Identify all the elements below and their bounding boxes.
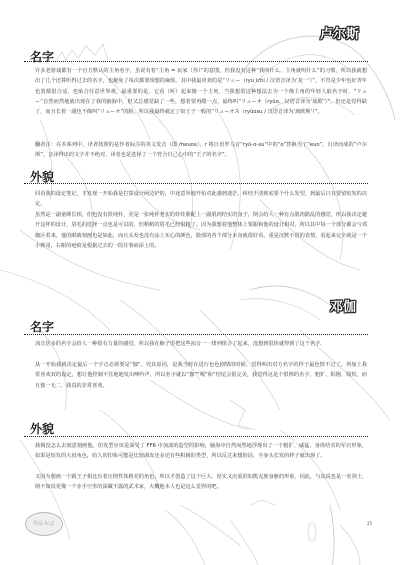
paragraph-name-body: 许多老游戏都有一个官方默认的主角名字，虽说有着“主角 = 玩家（你）”的意图，但…: [35, 66, 367, 117]
character-name-title: 邓伽: [330, 296, 356, 315]
paragraph-appearance-intro: 回看我的设定笔记，才发现一开始我是打算设计两边铲的，中途意外地开始对此感到迷茫，…: [35, 189, 367, 210]
section-heading-appearance: 外貌: [30, 420, 54, 437]
dotted-divider: [24, 334, 368, 335]
section-heading-name: 名字: [30, 48, 54, 65]
paragraph-appearance-body: 虽然是一副童颜长相，但也没有很纯朴，更是一张纯朴老实的娃娃脸配上一副肌肉结实的身…: [35, 210, 367, 251]
paragraph-appearance-body: 又因为想画一个跟王子相比有着压倒性体格差的角色，所以才创造了这个巨大、厚实又沉重…: [35, 472, 367, 493]
publisher-logo: 作品 标志: [25, 512, 63, 536]
dotted-divider: [24, 61, 368, 62]
paragraph-translator-note: 翻者注：在本系列中，译者按照的是作者标注的英文发音（即 rheuos），r 将日…: [35, 140, 367, 161]
section-heading-name: 名字: [30, 318, 54, 335]
dotted-divider: [24, 183, 368, 184]
dotted-divider: [24, 436, 368, 437]
paragraph-appearance-intro: 我倒没怎么去刻意刻画他，但发型应该是深受了 FF6 中加波的造型的影响，脑海中自…: [35, 441, 367, 462]
paragraph-name-reason: 从一开始我就决定最后一个字音必须要是“伽”，究其原因，是我当时在进行色色剧情的时…: [35, 360, 367, 391]
page-number: 25: [367, 521, 372, 526]
character-name-title: 卢尔斯: [320, 23, 359, 42]
paragraph-name-body: 浊音居多的名字会给人一种很有力量的感觉，所以我在脑子里把这些浊音一一排列组合了起…: [35, 339, 367, 349]
